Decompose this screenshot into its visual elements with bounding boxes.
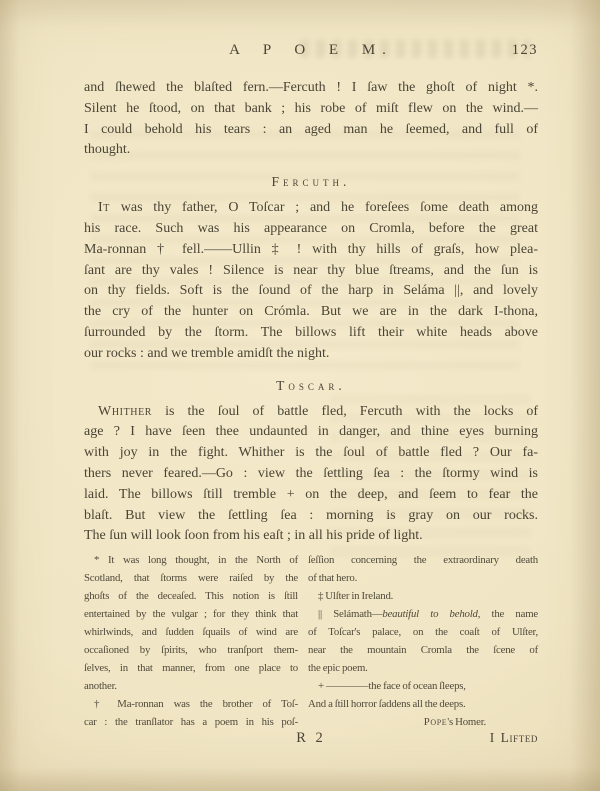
body-text-line: thers never feared.—Go : view the ſettli… xyxy=(84,464,538,485)
body-text: and ſhewed the blaſted fern.—Fercuth ! I… xyxy=(84,78,538,547)
body-text-line: laid. The billows ſtill tremble + on the… xyxy=(84,485,538,506)
page-header: A P O E M. 123 xyxy=(84,40,538,60)
body-text-line: blaſt. But view the ſettling ſea : morni… xyxy=(84,506,538,527)
footnote-line: whirlwinds, and ſudden ſquails of wind a… xyxy=(84,623,298,641)
footnote-line: of Toſcar's palace, on the coaſt of Ulſt… xyxy=(308,623,538,641)
footnote-line: * It was long thought, in the North of xyxy=(84,551,298,569)
body-text-line: age ? I have ſeen thee undaunted in dang… xyxy=(84,422,538,443)
footnote-line: of that hero. xyxy=(308,569,538,587)
body-text-line: ſant are thy vales ! Silence is near thy… xyxy=(84,261,538,282)
body-text-line: The ſun will look ſoon from his eaſt ; i… xyxy=(84,526,538,547)
section-heading: Fercuth. xyxy=(84,173,538,190)
body-text-line: on thy fields. Soft is the ſound of the … xyxy=(84,281,538,302)
footnote-line: ‡ Ulſter in Ireland. xyxy=(308,587,538,605)
body-text-line: Silent he ſtood, on that bank ; his robe… xyxy=(84,99,538,120)
body-text-line: his race. Such was his appearance on Cro… xyxy=(84,219,538,240)
section-heading: Toscar. xyxy=(84,377,538,394)
body-text-line: I could behold his tears : an aged man h… xyxy=(84,120,538,141)
footnote-line: † Ma-ronnan was the brother of Toſ- xyxy=(84,695,298,713)
footnote-column-right: ſeſſion concerning the extraordinary dea… xyxy=(308,551,538,731)
footnote-line: occaſioned by ſpirits, who tranſport the… xyxy=(84,641,298,659)
catchword-zone: I Lifted xyxy=(326,729,538,747)
footnotes: * It was long thought, in the North ofSc… xyxy=(84,551,538,731)
paragraph: It was thy father, O Toſcar ; and he for… xyxy=(84,198,538,364)
body-text-line: with joy in the fight. Whither is the ſo… xyxy=(84,443,538,464)
paragraph: and ſhewed the blaſted fern.—Fercuth ! I… xyxy=(84,78,538,161)
footnote-line: || Selámath—beautiful to behold, the nam… xyxy=(308,605,538,623)
footnote-line: the epic poem. xyxy=(308,659,538,677)
footnote-column-left: * It was long thought, in the North ofSc… xyxy=(84,551,298,731)
body-text-line: ſurrounded by the ſtorm. The billows lif… xyxy=(84,323,538,344)
catchword: I Lifted xyxy=(490,730,538,745)
body-text-line: thought. xyxy=(84,140,538,161)
footnote-line: entertained by the vulgar ; for they thi… xyxy=(84,605,298,623)
footnote-line: near the mountain Cromla the ſcene of xyxy=(308,641,538,659)
footnote-line: And a ſtill horror ſaddens all the deeps… xyxy=(308,695,538,713)
running-title: A P O E M. xyxy=(229,40,393,60)
footnote-line: + ————the face of ocean ſleeps, xyxy=(308,677,538,695)
footnote-line: ſelves, in that manner, from one place t… xyxy=(84,659,298,677)
body-text-line: Ma-ronnan † fell.——Ullin ‡ ! with thy hi… xyxy=(84,240,538,261)
paragraph: Whither is the ſoul of battle fled, Ferc… xyxy=(84,402,538,548)
footnote-line: ghoſts of the deceaſed. This notion is ſ… xyxy=(84,587,298,605)
body-text-line: It was thy father, O Toſcar ; and he for… xyxy=(84,198,538,219)
footnote-line: car : the tranſlator has a poem in his p… xyxy=(84,713,298,731)
body-text-line: and ſhewed the blaſted fern.—Fercuth ! I… xyxy=(84,78,538,99)
page-number-zone: 123 xyxy=(393,40,538,60)
page-content: A P O E M. 123 and ſhewed the blaſted fe… xyxy=(0,0,600,791)
scanned-book-page: A P O E M. 123 and ſhewed the blaſted fe… xyxy=(0,0,600,791)
footnote-line: Scotland, that ſtorms were raiſed by the xyxy=(84,569,298,587)
body-text-line: Whither is the ſoul of battle fled, Ferc… xyxy=(84,402,538,423)
footnote-line: ſeſſion concerning the extraordinary dea… xyxy=(308,551,538,569)
body-text-line: the cry of the hunter on Crómla. But we … xyxy=(84,302,538,323)
page-number: 123 xyxy=(512,42,538,58)
signature-line: R 2 I Lifted xyxy=(84,729,538,747)
footnote-line: another. xyxy=(84,677,298,695)
signature-mark: R 2 xyxy=(296,730,326,747)
body-text-line: our rocks : and we tremble amidſt the ni… xyxy=(84,344,538,365)
